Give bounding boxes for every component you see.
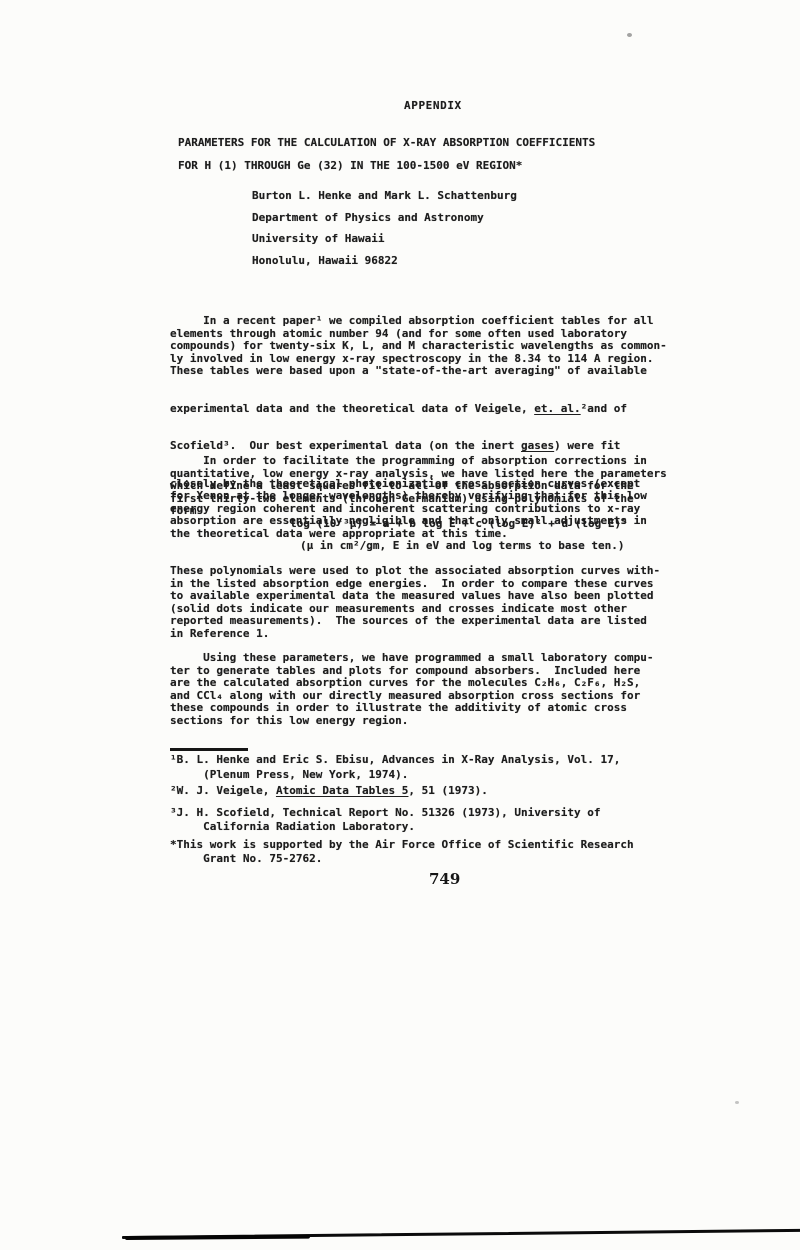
line-7-post: ) were fit — [554, 439, 620, 452]
paragraph-4: Using these parameters, we have programm… — [170, 652, 653, 727]
paragraph-1-line-7: Scofield³. Our best experimental data (o… — [170, 440, 667, 453]
footnote-1: ¹B. L. Henke and Eric S. Ebisu, Advances… — [170, 752, 620, 782]
page-number: 749 — [429, 870, 460, 888]
line-6-underlined: et. al. — [534, 402, 580, 415]
scan-speck — [735, 1101, 739, 1104]
paragraph-2: In order to facilitate the programming o… — [170, 455, 667, 518]
paragraph-3: These polynomials were used to plot the … — [170, 565, 660, 640]
equation: log (10⁻³μ) = a + b log E + c (log E)² +… — [290, 518, 628, 531]
footnote-2: ²W. J. Veigele, Atomic Data Tables 5, 51… — [170, 785, 488, 798]
footnote-separator-rule — [170, 748, 248, 751]
line-7-underlined: gases — [521, 439, 554, 452]
line-7-pre: Scofield³. Our best experimental data (o… — [170, 439, 521, 452]
scan-artifact-line-smudge — [125, 1235, 310, 1240]
scanned-paper-page: APPENDIX PARAMETERS FOR THE CALCULATION … — [0, 0, 800, 1250]
paragraph-1-lines-1-5: In a recent paper¹ we compiled absorptio… — [170, 315, 667, 378]
footnote-2-journal-underlined: Atomic Data Tables 5 — [276, 784, 408, 797]
equation-units-note: (μ in cm²/gm, E in eV and log terms to b… — [300, 540, 625, 553]
paper-title: PARAMETERS FOR THE CALCULATION OF X-RAY … — [178, 132, 595, 177]
footnote-2-post: , 51 (1973). — [408, 784, 487, 797]
footnote-2-pre: ²W. J. Veigele, — [170, 784, 276, 797]
footnote-3: ³J. H. Scofield, Technical Report No. 51… — [170, 806, 600, 833]
appendix-heading: APPENDIX — [404, 100, 462, 113]
line-6-post: ²and of — [581, 402, 627, 415]
paragraph-1-line-6: experimental data and the theoretical da… — [170, 403, 667, 416]
author-affiliation-block: Burton L. Henke and Mark L. Schattenburg… — [252, 185, 517, 272]
footnote-4-acknowledgment: *This work is supported by the Air Force… — [170, 838, 634, 865]
scan-speck — [627, 33, 632, 37]
line-6-pre: experimental data and the theoretical da… — [170, 402, 534, 415]
